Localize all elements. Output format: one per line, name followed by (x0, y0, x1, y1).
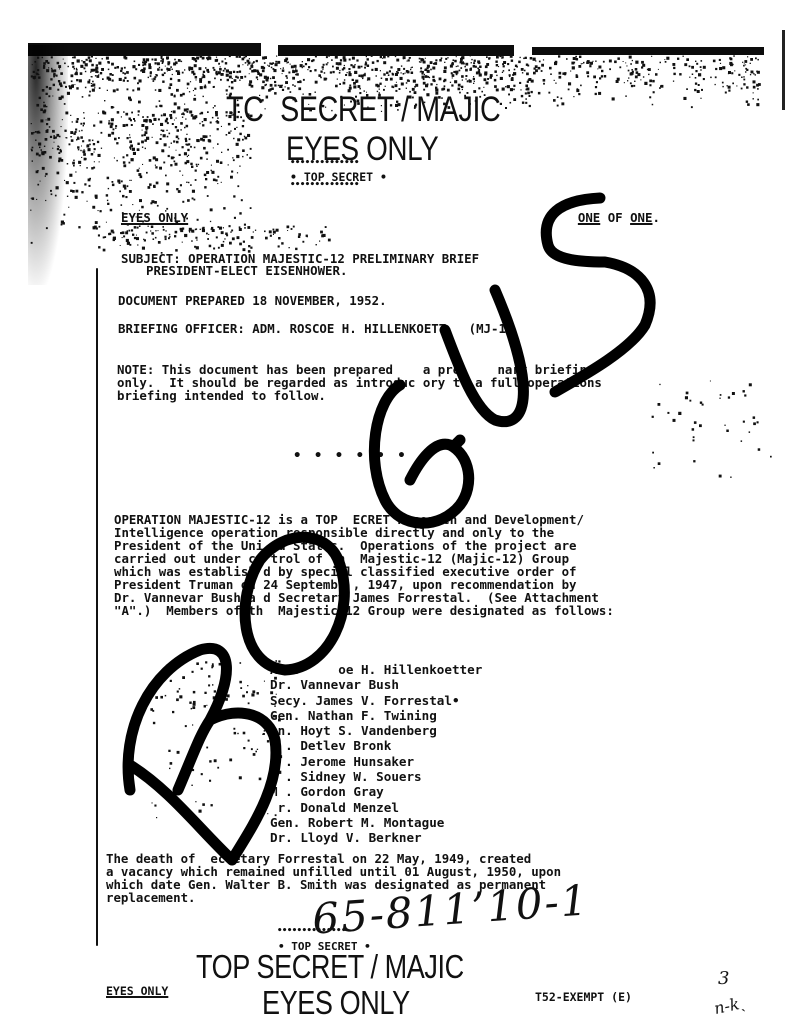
handwritten-page-number: 3 (718, 968, 729, 989)
subject-line-2: PRESIDENT-ELECT EISENHOWER. (146, 265, 347, 278)
footer-stamp-eyes-only: EYES ONLY (262, 986, 410, 1020)
scan-band-middle (278, 45, 514, 56)
member-item: Secy. James V. Forrestal• (270, 693, 482, 708)
copy-of: OF (600, 210, 630, 225)
member-item: D . Jerome Hunsaker (270, 754, 482, 769)
member-item: M . Sidney W. Souers (270, 769, 482, 784)
body-line-8: "A".) Members of th Majestic-12 Group we… (114, 605, 614, 618)
bogus-letter-b (128, 648, 276, 860)
scan-band-right (532, 47, 764, 55)
exempt-code: T52-EXEMPT (E) (535, 990, 632, 1004)
scan-edge-right (782, 30, 785, 110)
header-dots-bottom: •••••••••••••• (290, 180, 359, 190)
member-item: Gen. Robert M. Montague (270, 815, 482, 830)
scan-corner-shadow (28, 45, 68, 285)
document-prepared-date: DOCUMENT PREPARED 18 NOVEMBER, 1952. (118, 295, 387, 308)
members-list: Adm. oe H. Hillenkoetter Dr. Vannevar Bu… (270, 662, 482, 846)
member-item: r. Donald Menzel (270, 800, 482, 815)
briefing-officer: BRIEFING OFFICER: ADM. ROSCOE H. HILLENK… (118, 323, 513, 336)
member-item: Gen. Nathan F. Twining (270, 708, 482, 723)
header-stamp-top-secret-majic: TC˙ SECRET / MAJIC (226, 92, 500, 128)
bogus-letter-u (445, 290, 523, 422)
copy-notice: C ONE OF ONE. (548, 212, 660, 225)
member-item: M . Gordon Gray (270, 784, 482, 799)
margin-line (96, 268, 98, 946)
member-item: Adm. oe H. Hillenkoetter (270, 662, 482, 677)
document-page: TC˙ SECRET / MAJIC EYES ONLY •••••••••••… (0, 0, 790, 1023)
member-item: Dr. Lloyd V. Berkner (270, 830, 482, 845)
footer-eyes-only-label: EYES ONLY (106, 984, 168, 998)
copy-suffix: . (652, 210, 659, 225)
member-item: D . Detlev Bronk (270, 738, 482, 753)
copy-total: ONE (630, 210, 652, 225)
member-item: Dr. Vannevar Bush (270, 677, 482, 692)
copy-number: ONE (578, 210, 600, 225)
eyes-only-label: EYES ONLY (121, 212, 188, 225)
note-line-3: briefing intended to follow. (117, 390, 326, 403)
copy-obscured (555, 210, 577, 225)
handwritten-initials: n-kˎ (712, 993, 746, 1019)
section-separator: • • • • • • (293, 448, 408, 464)
header-dots-top: •••••••••••••• (290, 158, 359, 168)
footer-stamp-top-secret-majic: TOP SECRET / MAJIC (196, 950, 464, 984)
member-item: n. Hoyt S. Vandenberg (270, 723, 482, 738)
closing-line-4: replacement. (106, 892, 196, 905)
